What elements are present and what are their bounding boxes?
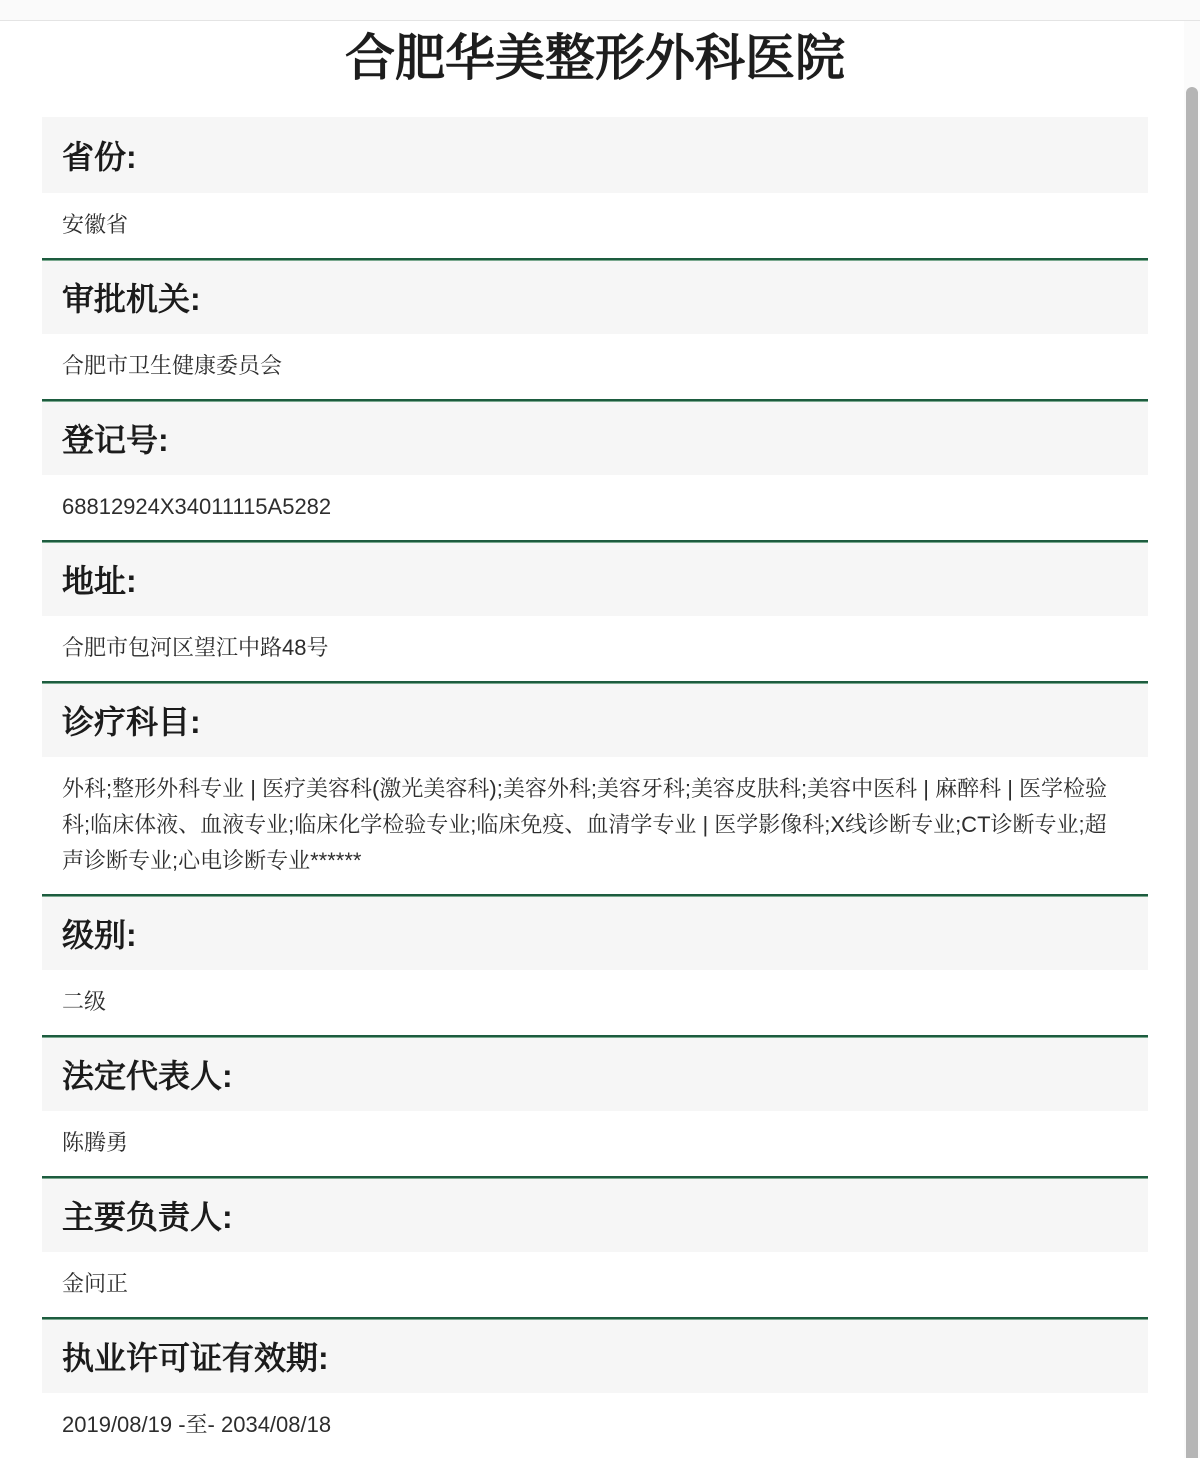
viewport-top-strip [0, 0, 1200, 21]
field-label-band: 执业许可证有效期: [42, 1317, 1148, 1393]
field-section: 级别: 二级 [42, 894, 1148, 1035]
field-value: 二级 [42, 970, 1148, 1035]
field-section: 省份: 安徽省 [42, 117, 1148, 258]
field-label: 诊疗科目: [62, 697, 201, 743]
field-label-band: 级别: [42, 894, 1148, 970]
field-section: 诊疗科目: 外科;整形外科专业 | 医疗美容科(激光美容科);美容外科;美容牙科… [42, 681, 1148, 894]
field-section: 主要负责人: 金问正 [42, 1176, 1148, 1317]
field-section: 地址: 合肥市包河区望江中路48号 [42, 540, 1148, 681]
scrollbar-thumb[interactable] [1186, 87, 1198, 1458]
field-label-band: 省份: [42, 117, 1148, 193]
fields-list: 省份: 安徽省 审批机关: 合肥市卫生健康委员会 登记号: 68812924X3… [42, 117, 1148, 1458]
field-label: 级别: [62, 910, 137, 956]
page-title: 合肥华美整形外科医院 [42, 30, 1148, 86]
field-label: 主要负责人: [62, 1192, 233, 1238]
field-label-band: 诊疗科目: [42, 681, 1148, 757]
field-label-band: 地址: [42, 540, 1148, 616]
field-section: 登记号: 68812924X34011115A5282 [42, 399, 1148, 540]
field-value: 合肥市包河区望江中路48号 [42, 616, 1148, 681]
field-label: 执业许可证有效期: [62, 1333, 329, 1379]
field-value: 2019/08/19 -至- 2034/08/18 [42, 1393, 1148, 1458]
field-label: 地址: [62, 556, 137, 602]
field-section: 法定代表人: 陈腾勇 [42, 1035, 1148, 1176]
field-label: 省份: [62, 132, 137, 178]
field-section: 审批机关: 合肥市卫生健康委员会 [42, 258, 1148, 399]
field-label-band: 法定代表人: [42, 1035, 1148, 1111]
field-label: 法定代表人: [62, 1051, 233, 1097]
field-label-band: 登记号: [42, 399, 1148, 475]
field-value: 金问正 [42, 1252, 1148, 1317]
field-value: 陈腾勇 [42, 1111, 1148, 1176]
field-section: 执业许可证有效期: 2019/08/19 -至- 2034/08/18 [42, 1317, 1148, 1458]
field-label: 登记号: [62, 415, 169, 461]
scrollbar-track[interactable] [1184, 21, 1200, 1458]
hospital-info-page: 合肥华美整形外科医院 省份: 安徽省 审批机关: 合肥市卫生健康委员会 登记号:… [42, 30, 1148, 1458]
field-label-band: 审批机关: [42, 258, 1148, 334]
field-value: 外科;整形外科专业 | 医疗美容科(激光美容科);美容外科;美容牙科;美容皮肤科… [42, 757, 1148, 894]
field-label-band: 主要负责人: [42, 1176, 1148, 1252]
field-value: 安徽省 [42, 193, 1148, 258]
field-label: 审批机关: [62, 274, 201, 320]
field-value: 合肥市卫生健康委员会 [42, 334, 1148, 399]
field-value: 68812924X34011115A5282 [42, 475, 1148, 540]
